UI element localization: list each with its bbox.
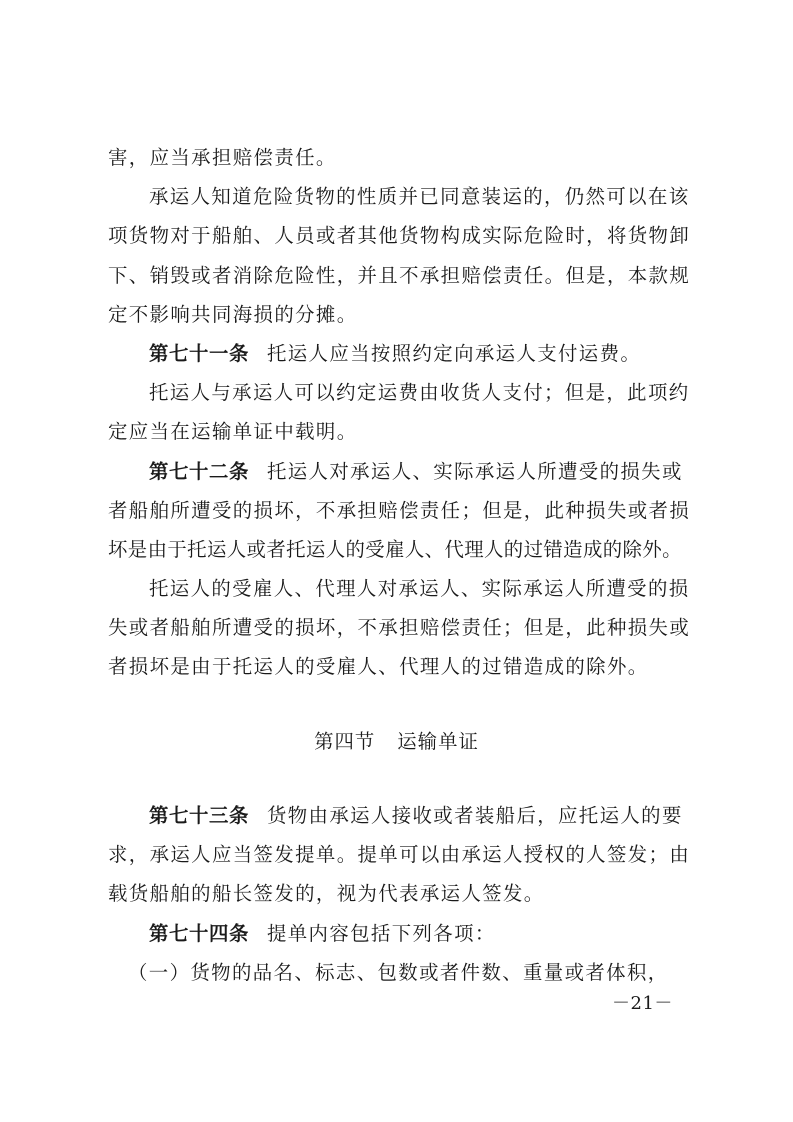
- article-73: 第七十三条货物由承运人接收或者装船后，应托运人的要: [108, 796, 692, 835]
- text-line: 托运人与承运人可以约定运费由收货人支付；但是，此项约: [108, 373, 692, 412]
- article-label: 第七十二条: [149, 460, 249, 483]
- text-line: 害，应当承担赔偿责任。: [108, 138, 692, 177]
- text-line: 托运人的受雇人、代理人对承运人、实际承运人所遭受的损: [108, 569, 692, 608]
- article-text: 提单内容包括下列各项：: [267, 922, 496, 945]
- text-line: 者船舶所遭受的损坏，不承担赔偿责任；但是，此种损失或者损: [108, 491, 692, 530]
- list-item: （一）货物的品名、标志、包数或者件数、重量或者体积，: [108, 953, 692, 992]
- section-title: 运输单证: [397, 730, 479, 753]
- article-label: 第七十一条: [149, 342, 249, 365]
- article-72: 第七十二条托运人对承运人、实际承运人所遭受的损失或: [108, 452, 692, 491]
- document-body-continued: 第七十三条货物由承运人接收或者装船后，应托运人的要 求，承运人应当签发提单。提单…: [108, 796, 692, 992]
- text-line: 者损坏是由于托运人的受雇人、代理人的过错造成的除外。: [108, 647, 692, 686]
- article-71: 第七十一条托运人应当按照约定向承运人支付运费。: [108, 334, 692, 373]
- page-number: －21－: [612, 992, 673, 1016]
- document-body: 害，应当承担赔偿责任。 承运人知道危险货物的性质并已同意装运的，仍然可以在该 项…: [108, 138, 692, 687]
- article-text: 托运人对承运人、实际承运人所遭受的损失或: [267, 460, 683, 483]
- text-line: 失或者船舶所遭受的损坏，不承担赔偿责任；但是，此种损失或: [108, 608, 692, 647]
- article-text: 货物由承运人接收或者装船后，应托运人的要: [267, 804, 683, 827]
- article-text: 托运人应当按照约定向承运人支付运费。: [267, 342, 641, 365]
- text-line: 求，承运人应当签发提单。提单可以由承运人授权的人签发；由: [108, 835, 692, 874]
- article-label: 第七十四条: [149, 922, 249, 945]
- text-line: 定应当在运输单证中载明。: [108, 412, 692, 451]
- section-heading: 第四节运输单证: [0, 722, 793, 761]
- text-line: 承运人知道危险货物的性质并已同意装运的，仍然可以在该: [108, 177, 692, 216]
- section-number: 第四节: [314, 730, 375, 753]
- text-line: 坏是由于托运人或者托运人的受雇人、代理人的过错造成的除外。: [108, 530, 692, 569]
- text-line: 载货船舶的船长签发的，视为代表承运人签发。: [108, 874, 692, 913]
- article-74: 第七十四条提单内容包括下列各项：: [108, 914, 692, 953]
- text-line: 项货物对于船舶、人员或者其他货物构成实际危险时，将货物卸: [108, 216, 692, 255]
- text-line: 下、销毁或者消除危险性，并且不承担赔偿责任。但是，本款规: [108, 256, 692, 295]
- article-label: 第七十三条: [149, 804, 249, 827]
- text-line: 定不影响共同海损的分摊。: [108, 295, 692, 334]
